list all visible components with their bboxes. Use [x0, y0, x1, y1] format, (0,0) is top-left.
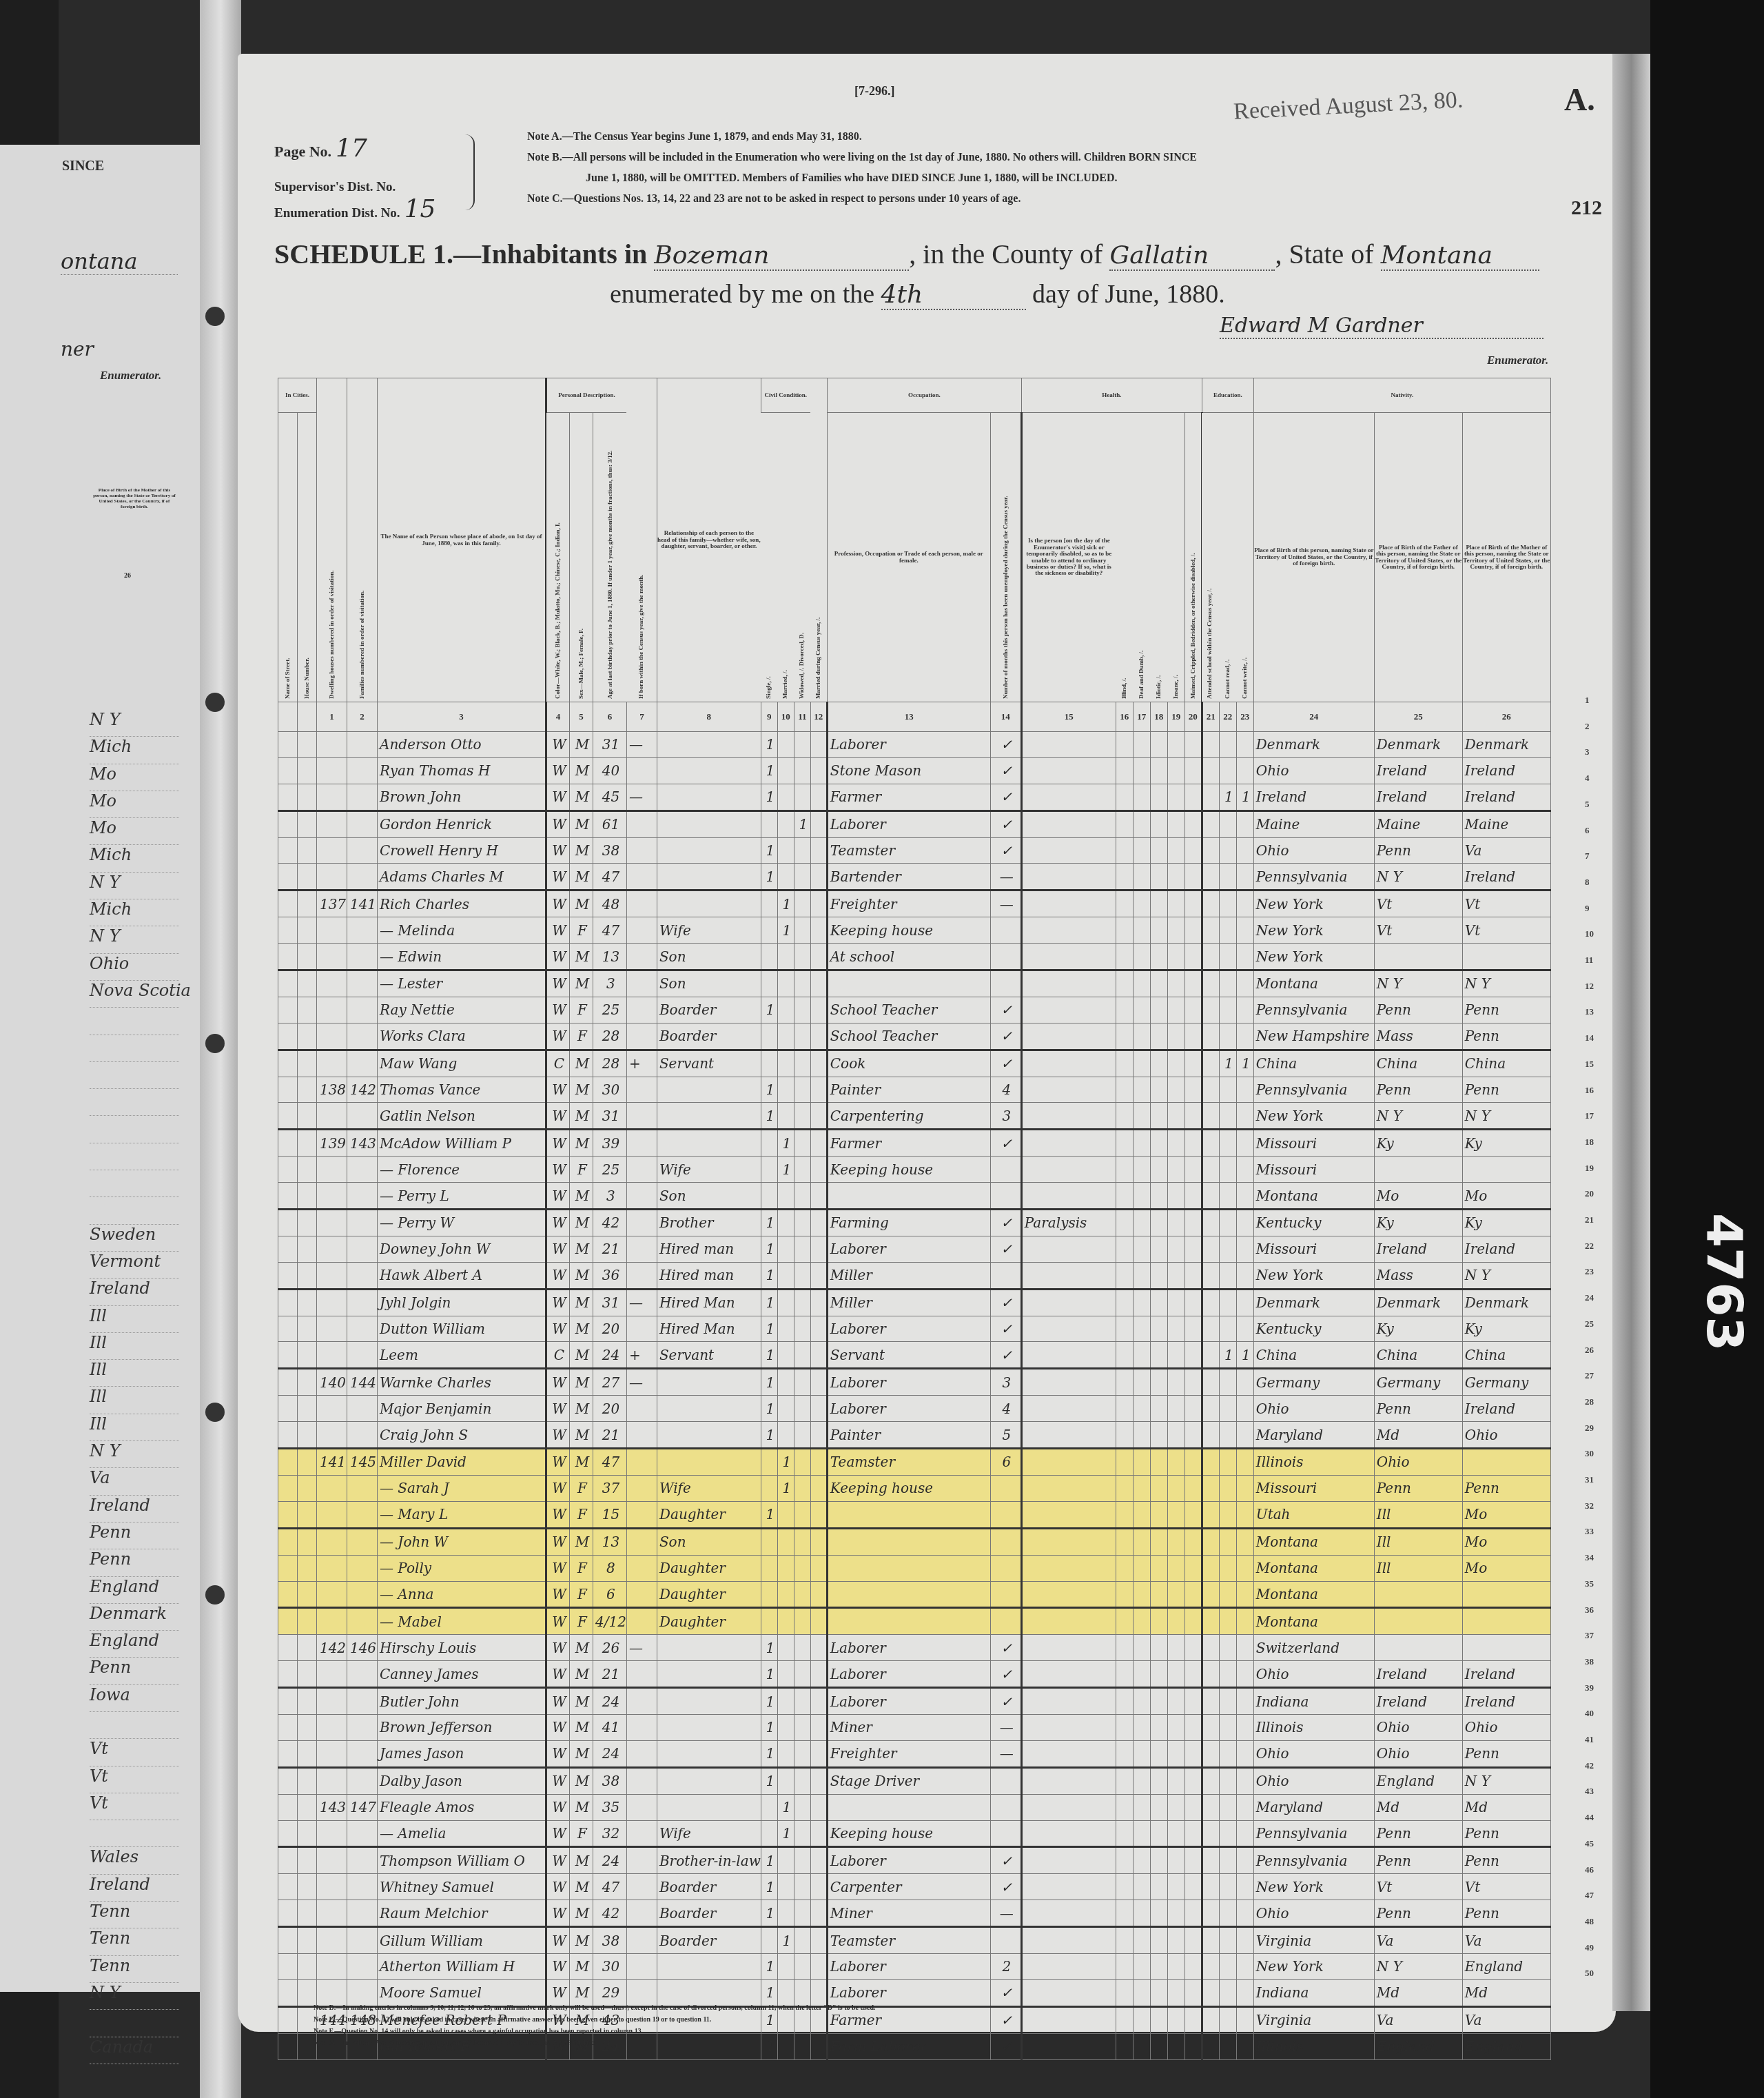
- cell-street: [278, 917, 298, 944]
- cell-married: [777, 732, 794, 758]
- cell-cannot-write: [1236, 2033, 1253, 2059]
- cell-birth-month: [626, 970, 657, 997]
- cell-blind: [1116, 917, 1133, 944]
- cell-disabled: [1184, 970, 1202, 997]
- cell-relationship: Boarder: [657, 997, 761, 1023]
- table-row: Maw WangCM28+ServantCook✓11ChinaChinaChi…: [278, 1050, 1551, 1077]
- cell-single: 1: [761, 1422, 777, 1449]
- line-number: 13: [1585, 1006, 1594, 1017]
- cell-insane: [1167, 1210, 1184, 1236]
- cell-sex: M: [570, 1130, 593, 1157]
- cell-dwelling-number: [317, 837, 347, 864]
- cell-dwelling-number: 140: [317, 1369, 347, 1396]
- table-row: Whitney SamuelWM47Boarder1Carpenter✓New …: [278, 1874, 1551, 1900]
- cell-occupation: [827, 1581, 990, 1608]
- cell-married-in-year: [810, 1449, 827, 1476]
- cell-father-birthplace: Vt: [1374, 917, 1462, 944]
- left-header-fragment: SINCE: [62, 159, 104, 174]
- left-page-entry: Denmark: [90, 1604, 179, 1631]
- line-number: 47: [1585, 1890, 1594, 1901]
- cell-person-name: Thompson William O: [378, 1847, 546, 1874]
- cell-cannot-write: [1236, 1130, 1253, 1157]
- line-number: 5: [1585, 799, 1590, 810]
- cell-idiotic: [1150, 1103, 1167, 1130]
- cell-idiotic: [1150, 1528, 1167, 1555]
- cell-relationship: Son: [657, 970, 761, 997]
- cell-cannot-read: [1219, 1103, 1236, 1130]
- cell-mother-birthplace: Md: [1462, 1979, 1550, 2006]
- cell-deaf-dumb: [1133, 1608, 1150, 1635]
- line-number: 43: [1585, 1786, 1594, 1797]
- cell-cannot-write: [1236, 1369, 1253, 1396]
- cell-mother-birthplace: Ireland: [1462, 757, 1550, 784]
- cell-mother-birthplace: Germany: [1462, 1369, 1550, 1396]
- cell-age: 30: [593, 1077, 627, 1103]
- cell-disabled: [1184, 1820, 1202, 1847]
- cell-deaf-dumb: [1133, 2006, 1150, 2033]
- cell-married-in-year: [810, 917, 827, 944]
- cell-single: 1: [761, 1714, 777, 1740]
- cell-widowed: [794, 1767, 810, 1794]
- cell-married: [777, 1661, 794, 1688]
- cell-sex: M: [570, 1210, 593, 1236]
- left-page-entry: Ohio: [90, 954, 179, 981]
- cell-street: [278, 757, 298, 784]
- cell-street: [278, 1900, 298, 1927]
- cell-house: [298, 1342, 317, 1369]
- cell-birth-month: [626, 1023, 657, 1050]
- col-5-header: Sex—Male, M.; Female, F.: [570, 413, 593, 702]
- cell-sex: M: [570, 1236, 593, 1262]
- cell-color: W: [546, 1528, 570, 1555]
- col-street-header: Name of Street.: [278, 413, 298, 702]
- cell-married-in-year: [810, 1847, 827, 1874]
- left-page-entry: Vt: [90, 1793, 179, 1820]
- cell-occupation: Miller: [827, 1262, 990, 1289]
- cell-birth-month: [626, 864, 657, 890]
- left-page-entry: Penn: [90, 1549, 179, 1576]
- cell-idiotic: [1150, 1449, 1167, 1476]
- cell-color: W: [546, 1927, 570, 1954]
- table-row: — AnnaWF6DaughterMontana: [278, 1581, 1551, 1608]
- cell-age: 39: [593, 1130, 627, 1157]
- cell-father-birthplace: Penn: [1374, 1847, 1462, 1874]
- cell-married-in-year: [810, 1874, 827, 1900]
- cell-deaf-dumb: [1133, 1979, 1150, 2006]
- cell-family-number: [347, 732, 378, 758]
- cell-single: 1: [761, 1953, 777, 1979]
- cell-idiotic: [1150, 1874, 1167, 1900]
- cell-deaf-dumb: [1133, 1953, 1150, 1979]
- cell-birth-month: [626, 1820, 657, 1847]
- cell-street: [278, 1422, 298, 1449]
- cell-blind: [1116, 1581, 1133, 1608]
- cell-blind: [1116, 864, 1133, 890]
- table-row: James JasonWM241Freighter—OhioOhioPenn: [278, 1740, 1551, 1767]
- cell-sex: F: [570, 1820, 593, 1847]
- cell-person-name: Gordon Henrick: [378, 811, 546, 837]
- left-page-entry: N Y: [90, 926, 179, 953]
- cell-sex: F: [570, 1581, 593, 1608]
- cell-blind: [1116, 1342, 1133, 1369]
- cell-deaf-dumb: [1133, 837, 1150, 864]
- cell-widowed: [794, 1396, 810, 1422]
- cell-age: 35: [593, 1794, 627, 1820]
- cell-age: 25: [593, 997, 627, 1023]
- cell-father-birthplace: England: [1374, 2033, 1462, 2059]
- cell-cannot-read: [1219, 864, 1236, 890]
- cell-mother-birthplace: Denmark: [1462, 732, 1550, 758]
- cell-birthplace: Indiana: [1253, 1688, 1374, 1715]
- cell-insane: [1167, 1767, 1184, 1794]
- cell-cannot-read: [1219, 970, 1236, 997]
- cell-father-birthplace: [1374, 1581, 1462, 1608]
- left-enumerator-fragment: ner: [61, 338, 94, 360]
- cell-insane: [1167, 1396, 1184, 1422]
- table-row: — Perry LWM3SonMontanaMoMo: [278, 1183, 1551, 1210]
- cell-birth-month: [626, 1661, 657, 1688]
- cell-house: [298, 917, 317, 944]
- cell-disabled: [1184, 1449, 1202, 1476]
- cell-married-in-year: [810, 1661, 827, 1688]
- cell-age: 28: [593, 1023, 627, 1050]
- cell-blind: [1116, 784, 1133, 811]
- cell-person-name: Craig John S: [378, 1422, 546, 1449]
- cell-married-in-year: [810, 1396, 827, 1422]
- cell-cannot-read: [1219, 917, 1236, 944]
- cell-dwelling-number: [317, 1262, 347, 1289]
- cell-birthplace: Pennsylvania: [1253, 997, 1374, 1023]
- cell-birthplace: Montana: [1253, 1608, 1374, 1635]
- cell-father-birthplace: Vt: [1374, 890, 1462, 917]
- cell-idiotic: [1150, 811, 1167, 837]
- cell-widowed: [794, 890, 810, 917]
- left-page-entry: Canada: [90, 2037, 179, 2064]
- cell-dwelling-number: [317, 1422, 347, 1449]
- table-row: 142146Hirschy LouisWM26—1Laborer✓Switzer…: [278, 1635, 1551, 1661]
- left-page-entry: N Y: [90, 1441, 179, 1468]
- cell-deaf-dumb: [1133, 732, 1150, 758]
- col-2-header: Families numbered in order of visitation…: [347, 378, 378, 702]
- cell-married-in-year: [810, 1501, 827, 1528]
- county-field: Gallatin: [1109, 241, 1275, 271]
- line-number: 19: [1585, 1163, 1594, 1174]
- cell-street: [278, 811, 298, 837]
- left-state-fragment: ontana: [61, 248, 178, 275]
- table-row: Canney JamesWM211Laborer✓OhioIrelandIrel…: [278, 1661, 1551, 1688]
- cell-attended-school: [1202, 1236, 1219, 1262]
- cell-single: [761, 1050, 777, 1077]
- cell-father-birthplace: Mass: [1374, 1023, 1462, 1050]
- cell-cannot-write: [1236, 1661, 1253, 1688]
- cell-mother-birthplace: China: [1462, 1050, 1550, 1077]
- table-row: Atherton William HWM301Laborer2New YorkN…: [278, 1953, 1551, 1979]
- col-19-header: Insane, /.: [1167, 413, 1184, 702]
- cell-deaf-dumb: [1133, 1874, 1150, 1900]
- cell-father-birthplace: Mass: [1374, 1262, 1462, 1289]
- cell-insane: [1167, 1130, 1184, 1157]
- cell-insane: [1167, 917, 1184, 944]
- cell-married: 1: [777, 1449, 794, 1476]
- line-number: 11: [1585, 955, 1593, 966]
- column-number: 2: [347, 702, 378, 732]
- cell-married: [777, 1847, 794, 1874]
- cell-mother-birthplace: Ireland: [1462, 1688, 1550, 1715]
- cell-dwelling-number: [317, 1740, 347, 1767]
- cell-dwelling-number: [317, 1688, 347, 1715]
- table-row: Thompson William OWM24Brother-in-law1Lab…: [278, 1847, 1551, 1874]
- cell-birthplace: New York: [1253, 1874, 1374, 1900]
- cell-dwelling-number: 141: [317, 1449, 347, 1476]
- table-row: Dutton WilliamWM20Hired Man1Laborer✓Kent…: [278, 1316, 1551, 1342]
- cell-person-name: — Mabel: [378, 1608, 546, 1635]
- cell-disabled: [1184, 1130, 1202, 1157]
- cell-house: [298, 1555, 317, 1581]
- line-number: 4: [1585, 773, 1590, 784]
- left-page-entry: [90, 1143, 179, 1170]
- left-page-entry: Penn: [90, 1522, 179, 1549]
- column-number: 4: [546, 702, 570, 732]
- cell-occupation: Keeping house: [827, 1820, 990, 1847]
- cell-family-number: [347, 1289, 378, 1316]
- cell-blind: [1116, 1023, 1133, 1050]
- cell-months-unemployed: ✓: [990, 1688, 1021, 1715]
- cell-person-name: — Polly: [378, 1555, 546, 1581]
- cell-deaf-dumb: [1133, 1820, 1150, 1847]
- cell-married: [777, 1103, 794, 1130]
- cell-widowed: [794, 1501, 810, 1528]
- cell-married: [777, 1953, 794, 1979]
- line-number: 48: [1585, 1916, 1594, 1927]
- cell-widowed: [794, 1369, 810, 1396]
- cell-dwelling-number: [317, 1289, 347, 1316]
- cell-widowed: [794, 1661, 810, 1688]
- cell-married-in-year: [810, 1289, 827, 1316]
- line-number: 39: [1585, 1682, 1594, 1693]
- cell-relationship: Servant: [657, 1342, 761, 1369]
- cell-mother-birthplace: Penn: [1462, 1900, 1550, 1927]
- cell-dwelling-number: [317, 1953, 347, 1979]
- cell-color: W: [546, 1688, 570, 1715]
- cell-cannot-read: [1219, 2033, 1236, 2059]
- cell-disabled: [1184, 1847, 1202, 1874]
- column-number: 25: [1374, 702, 1462, 732]
- cell-widowed: [794, 732, 810, 758]
- cell-months-unemployed: [990, 1262, 1021, 1289]
- cell-months-unemployed: —: [990, 864, 1021, 890]
- cell-married-in-year: [810, 1714, 827, 1740]
- cell-attended-school: [1202, 732, 1219, 758]
- cell-cannot-write: [1236, 890, 1253, 917]
- cell-birth-month: [626, 1236, 657, 1262]
- cell-married: [777, 1236, 794, 1262]
- cell-married-in-year: [810, 1740, 827, 1767]
- cell-married: [777, 1210, 794, 1236]
- cell-cannot-write: [1236, 2006, 1253, 2033]
- cell-relationship: [657, 1635, 761, 1661]
- cell-months-unemployed: 6: [990, 1449, 1021, 1476]
- cell-father-birthplace: Maine: [1374, 811, 1462, 837]
- cell-birthplace: China: [1253, 1342, 1374, 1369]
- cell-blind: [1116, 944, 1133, 970]
- line-number: 25: [1585, 1318, 1594, 1330]
- left-page-entry: [90, 1116, 179, 1143]
- note-f: Note F.—Question No. 14 will only be ask…: [314, 2026, 875, 2037]
- cell-idiotic: [1150, 1847, 1167, 1874]
- cell-disabled: [1184, 1369, 1202, 1396]
- cell-person-name: Jyhl Jolgin: [378, 1289, 546, 1316]
- cell-deaf-dumb: [1133, 811, 1150, 837]
- cell-widowed: [794, 1528, 810, 1555]
- cell-mother-birthplace: England: [1462, 1953, 1550, 1979]
- cell-sickness: [1021, 1316, 1116, 1342]
- cell-house: [298, 1449, 317, 1476]
- line-number: 21: [1585, 1214, 1594, 1225]
- cell-street: [278, 1236, 298, 1262]
- cell-sex: F: [570, 1555, 593, 1581]
- cell-single: 1: [761, 1396, 777, 1422]
- cell-mother-birthplace: Penn: [1462, 997, 1550, 1023]
- cell-deaf-dumb: [1133, 1422, 1150, 1449]
- cell-blind: [1116, 1316, 1133, 1342]
- cell-age: 21: [593, 1422, 627, 1449]
- cell-cannot-write: [1236, 1528, 1253, 1555]
- cell-family-number: [347, 1475, 378, 1501]
- cell-disabled: [1184, 917, 1202, 944]
- cell-birthplace: Virginia: [1253, 2006, 1374, 2033]
- cell-relationship: [657, 864, 761, 890]
- cell-mother-birthplace: Maine: [1462, 811, 1550, 837]
- cell-age: 26: [593, 1635, 627, 1661]
- cell-cannot-write: [1236, 1262, 1253, 1289]
- cell-cannot-write: [1236, 1157, 1253, 1183]
- cell-cannot-write: [1236, 997, 1253, 1023]
- cell-disabled: [1184, 1794, 1202, 1820]
- line-number: 1: [1585, 695, 1590, 706]
- line-number: 22: [1585, 1241, 1594, 1252]
- cell-cannot-read: [1219, 1449, 1236, 1476]
- cell-idiotic: [1150, 1475, 1167, 1501]
- cell-person-name: Adams Charles M: [378, 864, 546, 890]
- cell-street: [278, 1714, 298, 1740]
- cell-father-birthplace: Denmark: [1374, 732, 1462, 758]
- cell-married: [777, 1900, 794, 1927]
- cell-sickness: [1021, 1023, 1116, 1050]
- cell-widowed: [794, 1183, 810, 1210]
- cell-age: 15: [593, 1501, 627, 1528]
- cell-deaf-dumb: [1133, 1342, 1150, 1369]
- cell-months-unemployed: ✓: [990, 2033, 1021, 2059]
- cell-color: W: [546, 1369, 570, 1396]
- left-page-entry: Ill: [90, 1414, 179, 1441]
- cell-family-number: [347, 1953, 378, 1979]
- cell-father-birthplace: Md: [1374, 1422, 1462, 1449]
- cell-color: W: [546, 1103, 570, 1130]
- cell-attended-school: [1202, 1210, 1219, 1236]
- cell-insane: [1167, 890, 1184, 917]
- cell-age: 8: [593, 1555, 627, 1581]
- col-3-header: The Name of each Person whose place of a…: [378, 378, 546, 702]
- cell-sex: M: [570, 1449, 593, 1476]
- cell-mother-birthplace: Va: [1462, 837, 1550, 864]
- cell-insane: [1167, 1369, 1184, 1396]
- cell-attended-school: [1202, 811, 1219, 837]
- left-page-entry: [90, 1820, 179, 1847]
- cell-months-unemployed: [990, 917, 1021, 944]
- cell-deaf-dumb: [1133, 1661, 1150, 1688]
- line-number: 40: [1585, 1708, 1594, 1719]
- cell-disabled: [1184, 864, 1202, 890]
- cell-insane: [1167, 837, 1184, 864]
- cell-relationship: Daughter: [657, 1501, 761, 1528]
- table-row: — Perry WWM42Brother1Farming✓ParalysisKe…: [278, 1210, 1551, 1236]
- cell-blind: [1116, 2006, 1133, 2033]
- cell-months-unemployed: ✓: [990, 837, 1021, 864]
- cell-person-name: Hawk Albert A: [378, 1262, 546, 1289]
- cell-insane: [1167, 1847, 1184, 1874]
- cell-occupation: Laborer: [827, 1635, 990, 1661]
- cell-married: [777, 864, 794, 890]
- cell-family-number: [347, 1874, 378, 1900]
- line-number: 46: [1585, 1864, 1594, 1875]
- cell-disabled: [1184, 1714, 1202, 1740]
- cell-father-birthplace: Va: [1374, 2006, 1462, 2033]
- cell-street: [278, 890, 298, 917]
- col-14-header: Number of months this person has been un…: [990, 413, 1021, 702]
- cell-married: 1: [777, 917, 794, 944]
- cell-father-birthplace: Ky: [1374, 1316, 1462, 1342]
- cell-occupation: Farmer: [827, 784, 990, 811]
- cell-birthplace: Pennsylvania: [1253, 1847, 1374, 1874]
- cell-married: 1: [777, 890, 794, 917]
- cell-occupation: Keeping house: [827, 917, 990, 944]
- cell-widowed: [794, 970, 810, 997]
- cell-birth-month: [626, 1900, 657, 1927]
- cell-attended-school: [1202, 944, 1219, 970]
- cell-deaf-dumb: [1133, 1767, 1150, 1794]
- cell-father-birthplace: Penn: [1374, 837, 1462, 864]
- cell-dwelling-number: 138: [317, 1077, 347, 1103]
- cell-occupation: Carpenter: [827, 1874, 990, 1900]
- cell-deaf-dumb: [1133, 1847, 1150, 1874]
- cell-street: [278, 732, 298, 758]
- cell-insane: [1167, 1023, 1184, 1050]
- cell-married-in-year: [810, 1767, 827, 1794]
- enumeration-dist-label: Enumeration Dist. No.: [274, 206, 400, 221]
- cell-deaf-dumb: [1133, 890, 1150, 917]
- cell-father-birthplace: Penn: [1374, 1475, 1462, 1501]
- column-number: 15: [1021, 702, 1116, 732]
- cell-person-name: Hirschy Louis: [378, 1635, 546, 1661]
- cell-family-number: [347, 917, 378, 944]
- cell-blind: [1116, 1847, 1133, 1874]
- cell-birthplace: New Hampshire: [1253, 1023, 1374, 1050]
- cell-disabled: [1184, 1979, 1202, 2006]
- cell-months-unemployed: [990, 1794, 1021, 1820]
- table-row: Brown JohnWM45—1Farmer✓11IrelandIrelandI…: [278, 784, 1551, 811]
- cell-occupation: Keeping house: [827, 1157, 990, 1183]
- cell-dwelling-number: 139: [317, 1130, 347, 1157]
- cell-single: 1: [761, 864, 777, 890]
- cell-married-in-year: [810, 1210, 827, 1236]
- cell-mother-birthplace: Penn: [1462, 1820, 1550, 1847]
- cell-widowed: [794, 757, 810, 784]
- cell-single: [761, 1555, 777, 1581]
- cell-person-name: — Lester: [378, 970, 546, 997]
- table-row: 137141Rich CharlesWM481Freighter—New Yor…: [278, 890, 1551, 917]
- note-e: Note E.—Question No. 12 will only be ask…: [314, 2014, 875, 2026]
- cell-color: W: [546, 837, 570, 864]
